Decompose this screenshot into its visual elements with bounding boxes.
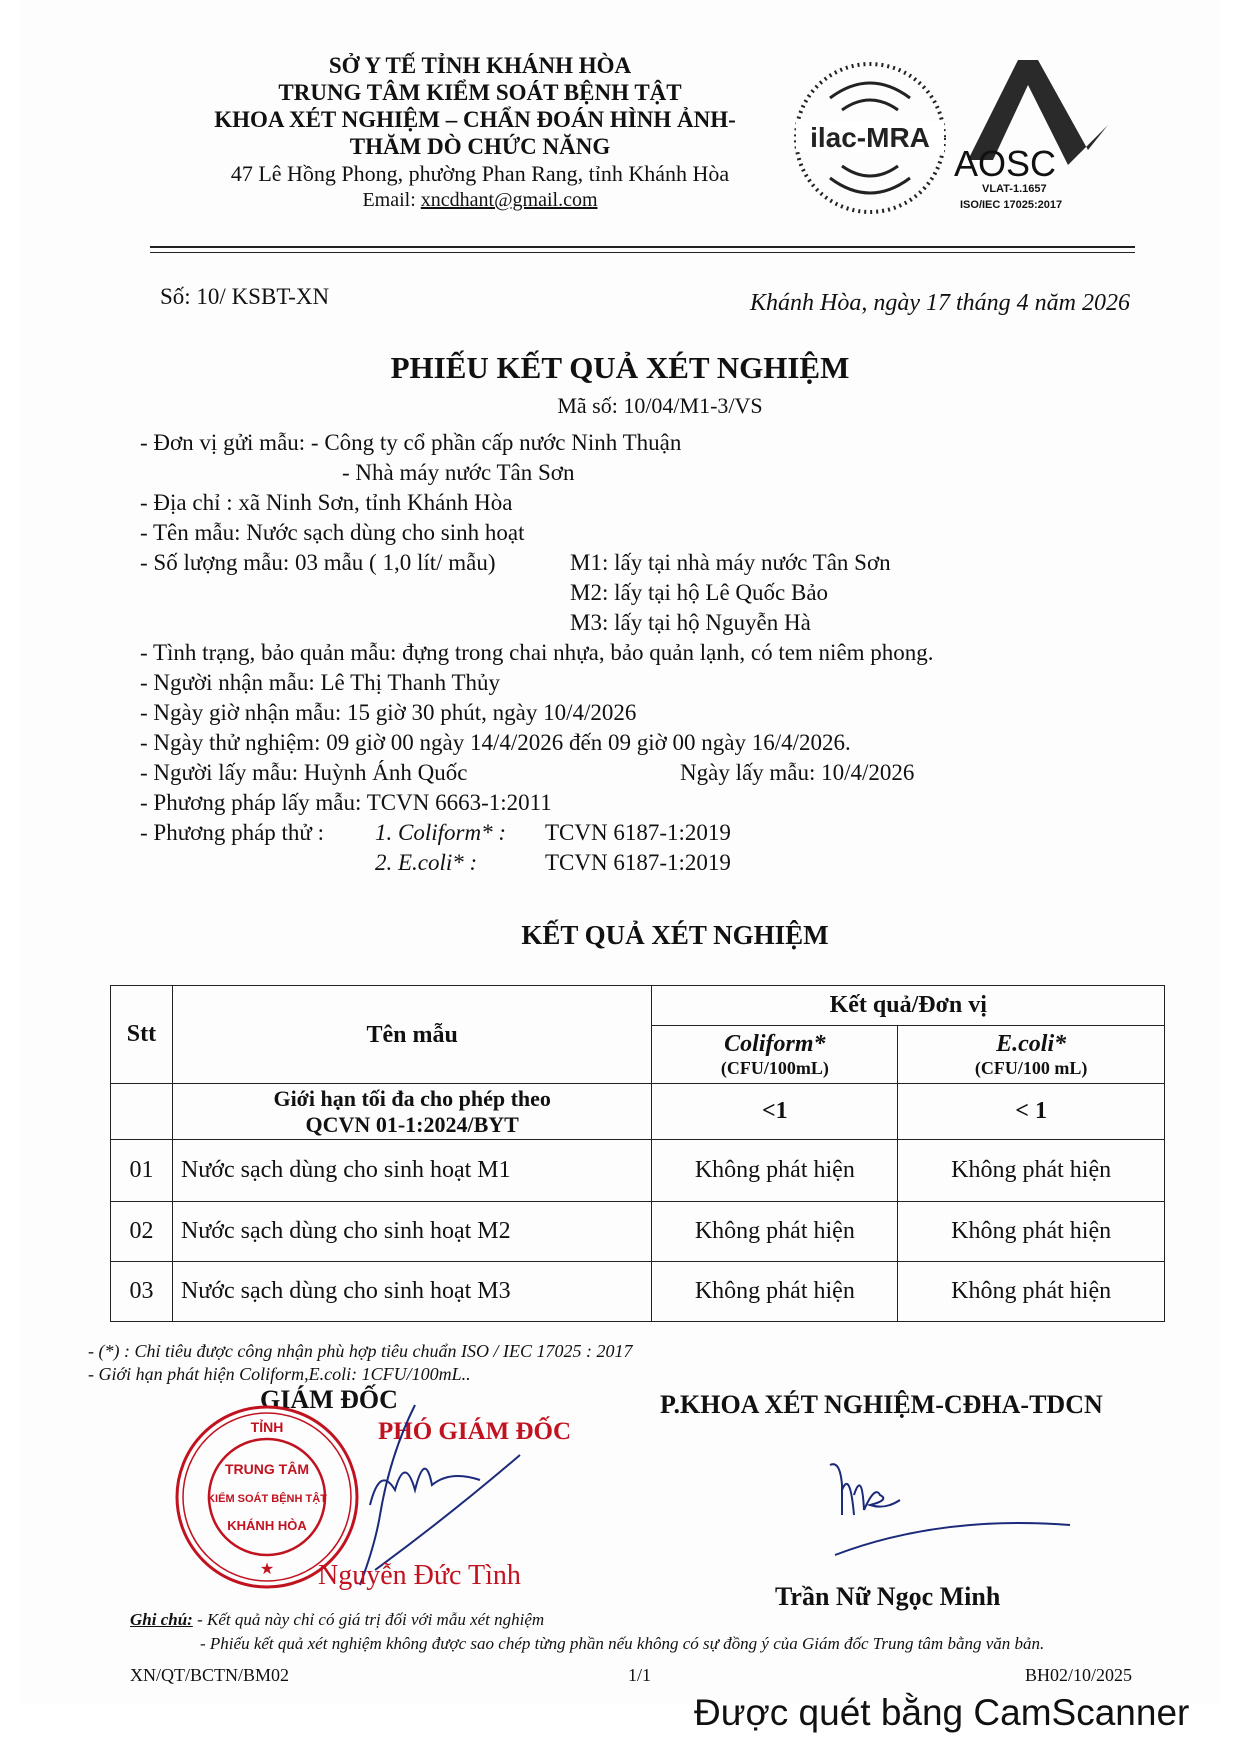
info-received-time: - Ngày giờ nhận mẫu: 15 giờ 30 phút, ngà… [140, 698, 934, 728]
header-stt: Stt [111, 986, 173, 1084]
document-title: PHIẾU KẾT QUẢ XÉT NGHIỆM [0, 350, 1240, 386]
info-receiver: - Người nhận mẫu: Lê Thị Thanh Thủy [140, 668, 934, 698]
aosc-logo: AOSC VLAT-1.1657 ISO/IEC 17025:2017 [948, 55, 1108, 220]
footnote: Ghi chú: - Kết quả này chỉ có giá trị đố… [130, 1608, 1044, 1656]
row-coliform: Không phát hiện [652, 1202, 898, 1262]
info-m3: M3: lấy tại hộ Nguyễn Hà [570, 608, 811, 638]
table-row: 01 Nước sạch dùng cho sinh hoạt M1 Không… [111, 1140, 1165, 1202]
table-notes: - (*) : Chỉ tiêu được công nhận phù hợp … [88, 1340, 632, 1386]
row-ecoli: Không phát hiện [898, 1202, 1165, 1262]
email-link[interactable]: xncdhant@gmail.com [421, 189, 598, 211]
svg-text:KIỂM SOÁT BỆNH TẬT: KIỂM SOÁT BỆNH TẬT [207, 1492, 327, 1505]
method-1-value: TCVN 6187-1:2019 [545, 818, 731, 848]
info-test-method-label: - Phương pháp thử : [140, 820, 324, 845]
camscanner-watermark: Được quét bằng CamScanner [694, 1692, 1189, 1734]
info-test-date: - Ngày thử nghiệm: 09 giờ 00 ngày 14/4/2… [140, 728, 934, 758]
row-coliform: Không phát hiện [652, 1262, 898, 1322]
svg-text:TỈNH: TỈNH [251, 1419, 284, 1435]
aosc-standard: ISO/IEC 17025:2017 [960, 199, 1062, 211]
results-table: Stt Tên mẫu Kết quả/Đơn vị Coliform*(CFU… [110, 985, 1165, 1322]
institution-header: SỞ Y TẾ TỈNH KHÁNH HÒA TRUNG TÂM KIỂM SO… [200, 52, 760, 214]
header-sample-name: Tên mẫu [172, 986, 651, 1084]
header-line: THĂM DÒ CHỨC NĂNG [200, 133, 760, 160]
header-divider [150, 246, 1135, 248]
footnote-label: Ghi chú: [130, 1610, 193, 1629]
svg-text:KHÁNH HÒA: KHÁNH HÒA [227, 1518, 307, 1533]
ilac-mra-logo-icon: ilac-MRA [790, 58, 950, 218]
info-sender-2: - Nhà máy nước Tân Sơn [342, 458, 574, 488]
method-2-value: TCVN 6187-1:2019 [545, 848, 731, 878]
info-m1: M1: lấy tại nhà máy nước Tân Sơn [570, 548, 891, 578]
svg-text:ilac-MRA: ilac-MRA [810, 122, 930, 153]
info-address: - Địa chỉ : xã Ninh Sơn, tỉnh Khánh Hòa [140, 488, 934, 518]
table-row: 02 Nước sạch dùng cho sinh hoạt M2 Không… [111, 1202, 1165, 1262]
form-code: XN/QT/BCTN/BM02 [130, 1665, 289, 1686]
header-coliform: Coliform*(CFU/100mL) [652, 1026, 898, 1084]
limit-ecoli: < 1 [898, 1084, 1165, 1140]
aosc-code: VLAT-1.1657 [982, 183, 1047, 195]
revision-code: BH02/10/2025 [1025, 1665, 1132, 1686]
department-title: P.KHOA XÉT NGHIỆM-CĐHA-TDCN [660, 1390, 1103, 1420]
header-line: KHOA XÉT NGHIỆM – CHẨN ĐOÁN HÌNH ẢNH- [190, 106, 760, 133]
method-1-label: 1. Coliform* : [375, 818, 506, 848]
method-2-label: 2. E.coli* : [375, 848, 477, 878]
note-line: - (*) : Chỉ tiêu được công nhận phù hợp … [88, 1340, 632, 1363]
info-m2: M2: lấy tại hộ Lê Quốc Bảo [570, 578, 828, 608]
info-sender: - Đơn vị gửi mẫu: - Công ty cổ phần cấp … [140, 428, 934, 458]
info-sample-name: - Tên mẫu: Nước sạch dùng cho sinh hoạt [140, 518, 934, 548]
aosc-text: AOSC [954, 143, 1056, 185]
row-sample-name: Nước sạch dùng cho sinh hoạt M1 [172, 1140, 651, 1202]
row-stt: 03 [111, 1262, 173, 1322]
header-line: TRUNG TÂM KIỂM SOÁT BỆNH TẬT [200, 79, 760, 106]
row-stt: 01 [111, 1140, 173, 1202]
header-line: SỞ Y TẾ TỈNH KHÁNH HÒA [200, 52, 760, 79]
info-condition: - Tình trạng, bảo quản mẫu: đựng trong c… [140, 638, 934, 668]
limit-coliform: <1 [652, 1084, 898, 1140]
header-divider [150, 252, 1135, 253]
svg-text:TRUNG TÂM: TRUNG TÂM [225, 1460, 309, 1477]
header-address: 47 Lê Hồng Phong, phường Phan Rang, tỉnh… [200, 160, 760, 187]
header-email: Email: xncdhant@gmail.com [200, 187, 760, 214]
email-label: Email: [362, 189, 420, 211]
row-ecoli: Không phát hiện [898, 1140, 1165, 1202]
note-line: - Giới hạn phát hiện Coliform,E.coli: 1C… [88, 1363, 632, 1386]
limit-label: Giới hạn tối đa cho phép theoQCVN 01-1:2… [172, 1084, 651, 1140]
info-sampling-method: - Phương pháp lấy mẫu: TCVN 6663-1:2011 [140, 788, 934, 818]
header-ecoli: E.coli*(CFU/100 mL) [898, 1026, 1165, 1084]
document-number: Số: 10/ KSBT-XN [160, 284, 329, 310]
row-stt: 02 [111, 1202, 173, 1262]
footnote-line: - Phiếu kết quả xét nghiệm không được sa… [130, 1632, 1044, 1656]
info-sampler: - Người lấy mẫu: Huỳnh Ánh Quốc [140, 760, 467, 785]
row-sample-name: Nước sạch dùng cho sinh hoạt M3 [172, 1262, 651, 1322]
director-name: Nguyễn Đức Tình [318, 1560, 521, 1592]
page-number: 1/1 [628, 1665, 651, 1686]
info-sampling-date: Ngày lấy mẫu: 10/4/2026 [680, 758, 914, 788]
row-coliform: Không phát hiện [652, 1140, 898, 1202]
row-ecoli: Không phát hiện [898, 1262, 1165, 1322]
document-code: Mã số: 10/04/M1-3/VS [40, 393, 1240, 419]
row-sample-name: Nước sạch dùng cho sinh hoạt M2 [172, 1202, 651, 1262]
info-quantity: - Số lượng mẫu: 03 mẫu ( 1,0 lít/ mẫu) [140, 550, 496, 575]
table-row: 03 Nước sạch dùng cho sinh hoạt M3 Không… [111, 1262, 1165, 1322]
sample-info: - Đơn vị gửi mẫu: - Công ty cổ phần cấp … [140, 428, 934, 878]
results-title: KẾT QUẢ XÉT NGHIỆM [55, 920, 1240, 951]
header-result-group: Kết quả/Đơn vị [652, 986, 1165, 1026]
footnote-line: - Kết quả này chỉ có giá trị đối với mẫu… [193, 1610, 544, 1629]
place-date: Khánh Hòa, ngày 17 tháng 4 năm 2026 [750, 290, 1130, 317]
department-head-signature-icon [820, 1455, 1080, 1565]
svg-text:★: ★ [260, 1561, 274, 1578]
